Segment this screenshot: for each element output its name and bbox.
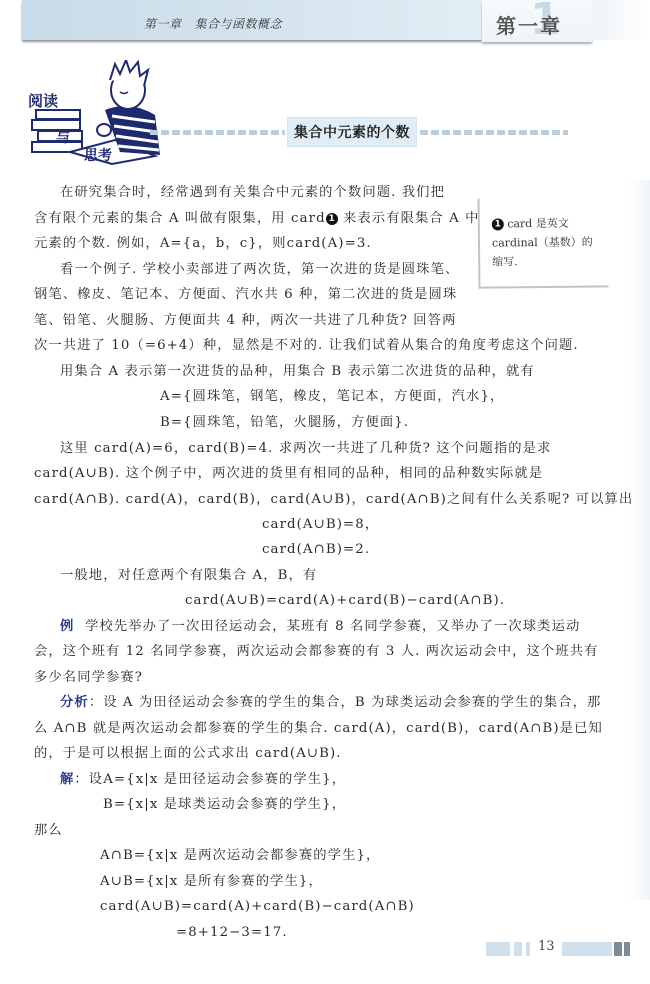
header-fade	[592, 0, 650, 40]
page-number: 13	[538, 939, 555, 954]
solution-label: 解	[60, 772, 74, 787]
analysis-label: 分析	[60, 695, 89, 710]
inclusion-exclusion-formula: card(A∪B)=card(A)+card(B)−card(A∩B).	[185, 588, 505, 614]
paragraph-line: card(A∪B). 这个例子中，两次进的货里有相同的品种，相同的品种数实际就是	[34, 461, 543, 487]
title-dots-left	[150, 130, 285, 135]
paragraph-line: card(A∩B). card(A)，card(B)，card(A∪B)，car…	[34, 487, 633, 513]
margin-note-text: 1 card 是英文 cardinal（基数）的缩写.	[492, 213, 598, 271]
footer-bar	[514, 942, 522, 956]
solution-then: 那么	[34, 818, 63, 844]
text-span: ：设 A 为田径运动会参赛的学生的集合，B 为球类运动会参赛的学生的集合，那	[89, 695, 602, 710]
footnote-marker-icon: 1	[326, 213, 338, 225]
svg-text:与: 与	[56, 129, 70, 146]
text-span: 学校先举办了一次田径运动会，某班有 8 名同学参赛，又举办了一次球类运动	[85, 619, 580, 634]
paragraph-line: 在研究集合时，经常遇到有关集合中元素的个数问题. 我们把	[34, 180, 445, 206]
footer-bar	[614, 942, 622, 956]
footnote-marker-icon: 1	[492, 218, 504, 230]
example-line: 会，这个班有 12 名同学参赛，两次运动会都参赛的有 3 人. 两次运动会中，这…	[34, 639, 599, 665]
footer-bar	[486, 942, 510, 956]
text-span: 来表示有限集合 A 中	[338, 211, 480, 226]
paragraph-line: 次一共进了 10（=6+4）种，显然是不对的. 让我们试着从集合的角度考虑这个问…	[34, 333, 579, 359]
paragraph-line: 含有限个元素的集合 A 叫做有限集，用 card1 来表示有限集合 A 中	[34, 206, 480, 232]
paragraph-line: 钢笔、橡皮、笔记本、方便面、汽水共 6 种，第二次进的货是圆珠	[34, 282, 457, 308]
margin-shade	[626, 180, 650, 900]
svg-text:思考: 思考	[84, 147, 112, 164]
chapter-label: 第一章	[496, 10, 562, 39]
analysis-line: 的，于是可以根据上面的公式求出 card(A∪B).	[34, 741, 342, 767]
equation: card(A∩B)=2.	[262, 537, 370, 563]
title-dots-right	[420, 130, 568, 135]
boy-reading-icon: 阅读 与 思考	[20, 60, 180, 170]
paragraph-line: 看一个例子. 学校小卖部进了两次货，第一次进的货是圆珠笔、	[34, 257, 459, 283]
footer-bar	[526, 942, 530, 956]
paragraph-line: 这里 card(A)=6，card(B)=4. 求两次一共进了几种货? 这个问题…	[34, 436, 551, 462]
text-span: ：设A={x|x 是田径运动会参赛的学生}，	[74, 772, 346, 787]
running-title: 第一章 集合与函数概念	[144, 15, 282, 32]
analysis-line: 么 A∩B 就是两次运动会都参赛的学生的集合. card(A)，card(B)，…	[34, 716, 603, 742]
reading-thinking-illustration: 阅读 与 思考	[20, 60, 180, 170]
footer-bar	[624, 942, 630, 956]
running-header: 第一章 集合与函数概念	[22, 0, 482, 40]
page-footer: 13	[486, 938, 650, 958]
solution-equation: A∩B={x|x 是两次运动会都参赛的学生}，	[100, 843, 380, 869]
paragraph-line: 元素的个数. 例如，A={a，b，c}，则card(A)=3.	[34, 231, 372, 257]
svg-text:阅读: 阅读	[28, 92, 58, 110]
chapter-tab: 1 第一章	[482, 0, 592, 42]
section-title: 集合中元素的个数	[287, 117, 417, 147]
set-a-definition: A={圆珠笔，钢笔，橡皮，笔记本，方便面，汽水}，	[160, 384, 504, 410]
solution-equation: card(A∪B)=card(A)+card(B)−card(A∩B)	[100, 894, 415, 920]
example-line: 例 学校先举办了一次田径运动会，某班有 8 名同学参赛，又举办了一次球类运动	[34, 614, 580, 640]
paragraph-line: 用集合 A 表示第一次进货的品种，用集合 B 表示第二次进货的品种，就有	[34, 359, 535, 385]
margin-note: 1 card 是英文 cardinal（基数）的缩写.	[478, 197, 609, 288]
footer-bar	[562, 942, 612, 956]
solution-equation: =8+12−3=17.	[176, 920, 288, 946]
example-line: 多少名同学参赛?	[34, 665, 143, 691]
solution-line: 解：设A={x|x 是田径运动会参赛的学生}，	[34, 767, 346, 793]
analysis-line: 分析：设 A 为田径运动会参赛的学生的集合，B 为球类运动会参赛的学生的集合，那	[34, 690, 601, 716]
text-span: 含有限个元素的集合 A 叫做有限集，用 card	[34, 211, 326, 226]
equation: card(A∪B)=8，	[262, 512, 379, 538]
solution-line: B={x|x 是球类运动会参赛的学生}，	[103, 792, 346, 818]
footnote-text: card 是英文 cardinal（基数）的缩写.	[492, 217, 593, 269]
example-label: 例	[60, 619, 74, 634]
paragraph-line: 一般地，对任意两个有限集合 A，B，有	[34, 563, 317, 589]
set-b-definition: B={圆珠笔，铅笔，火腿肠，方便面}.	[160, 410, 409, 436]
paragraph-line: 笔、铅笔、火腿肠、方便面共 4 种，两次一共进了几种货? 回答两	[34, 308, 456, 334]
solution-equation: A∪B={x|x 是所有参赛的学生}，	[100, 869, 323, 895]
